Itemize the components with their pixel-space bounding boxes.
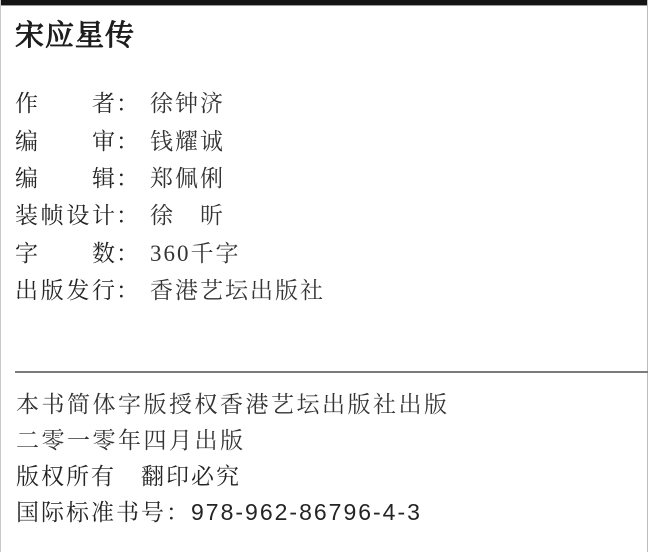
left-page-edge <box>0 0 1 552</box>
copyright-block: 本书简体字版授权香港艺坛出版社出版 二零一零年四月出版 版权所有 翻印必究 国际… <box>16 384 640 528</box>
info-value: 香港艺坛出版社 <box>150 272 325 305</box>
info-colon: ： <box>116 197 139 230</box>
info-value: 360千字 <box>150 235 241 268</box>
info-label: 字数 <box>15 235 115 268</box>
book-title: 宋应星传 <box>15 13 135 54</box>
isbn-line: 国际标准书号：978-962-86796-4-3 <box>16 492 640 528</box>
info-label: 编审 <box>15 123 115 156</box>
info-label: 装帧设计 <box>15 197 115 230</box>
info-row-wordcount: 字数 ： 360千字 <box>15 233 325 270</box>
info-value: 徐 昕 <box>150 197 225 230</box>
info-colon: ： <box>116 85 139 118</box>
publication-info-list: 作者 ： 徐钟济 编审 ： 钱耀诚 编辑 ： 郑佩俐 装帧设计 ： 徐 昕 字数… <box>15 83 325 307</box>
rights-reserved-line: 版权所有 翻印必究 <box>16 456 640 492</box>
info-label: 出版发行 <box>15 272 115 305</box>
info-colon: ： <box>116 123 139 156</box>
publication-date-line: 二零一零年四月出版 <box>16 420 640 456</box>
info-value: 郑佩俐 <box>150 160 225 193</box>
info-label: 编辑 <box>15 160 115 193</box>
info-value: 钱耀诚 <box>150 123 225 156</box>
info-label: 作者 <box>15 85 115 118</box>
authorization-line: 本书简体字版授权香港艺坛出版社出版 <box>16 384 640 420</box>
colophon-page: 宋应星传 作者 ： 徐钟济 编审 ： 钱耀诚 编辑 ： 郑佩俐 装帧设计 ： 徐… <box>0 0 648 552</box>
divider-rule <box>15 371 648 373</box>
info-row-publisher: 出版发行 ： 香港艺坛出版社 <box>15 270 325 307</box>
info-row-author: 作者 ： 徐钟济 <box>15 83 325 120</box>
info-value: 徐钟济 <box>150 85 225 118</box>
top-border-rule <box>0 0 648 6</box>
info-colon: ： <box>116 272 139 305</box>
info-row-editor: 编辑 ： 郑佩俐 <box>15 158 325 195</box>
info-colon: ： <box>116 235 139 268</box>
info-row-designer: 装帧设计 ： 徐 昕 <box>15 195 325 232</box>
info-row-reviewer: 编审 ： 钱耀诚 <box>15 120 325 157</box>
info-colon: ： <box>116 160 139 193</box>
